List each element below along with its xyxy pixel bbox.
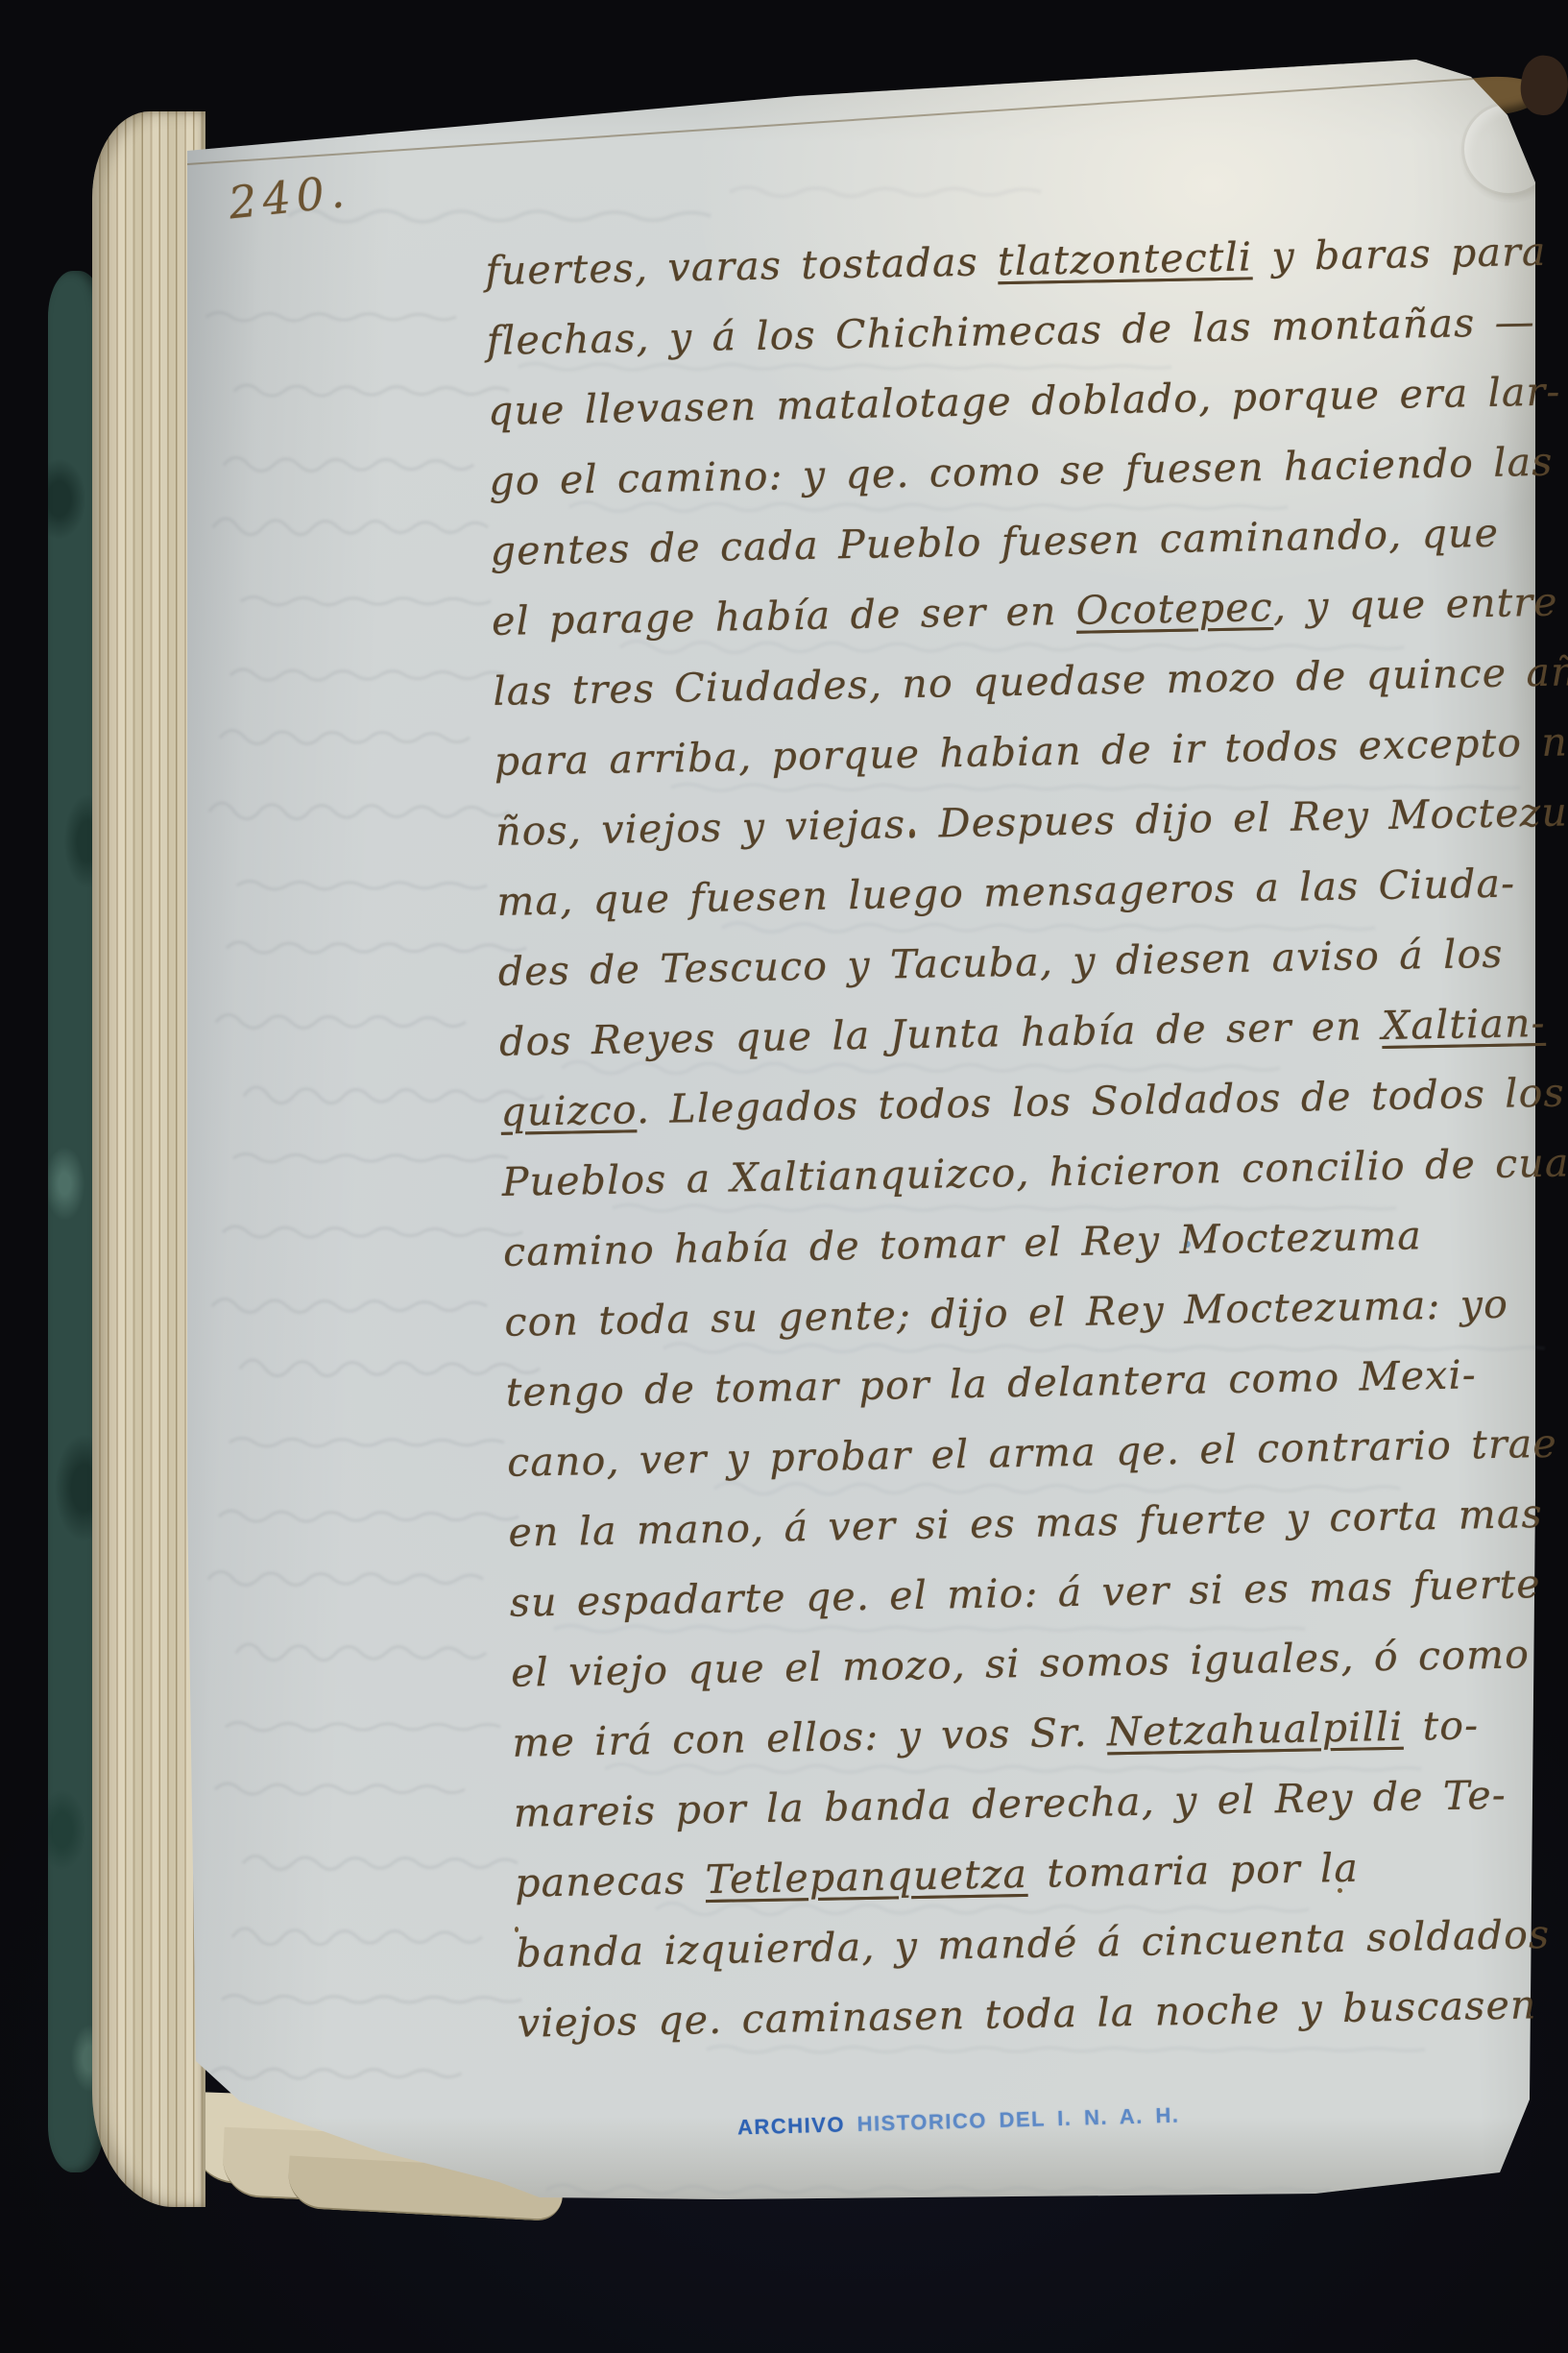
bleedthrough-stroke bbox=[222, 1996, 521, 2003]
underlined-word: Tetlepanquetza bbox=[705, 1851, 1027, 1903]
bleedthrough-stroke bbox=[730, 187, 1041, 196]
bleedthrough-stroke bbox=[209, 803, 509, 819]
manuscript-photo: 240. fuertes, varas tostadas tlatzontect… bbox=[0, 0, 1568, 2353]
underlined-word: tlatzontectli bbox=[998, 233, 1253, 284]
bleedthrough-stroke bbox=[211, 2068, 461, 2078]
bleedthrough-stroke bbox=[206, 313, 456, 321]
manuscript-segment: , y que entre bbox=[1272, 579, 1558, 630]
underlined-word: Xaltian- bbox=[1382, 1000, 1546, 1049]
bleedthrough-stroke bbox=[234, 385, 509, 396]
bleedthrough-stroke bbox=[216, 1015, 466, 1029]
inah-stamp-prefix: ARCHIVO bbox=[737, 2112, 846, 2139]
bleedthrough-stroke bbox=[227, 942, 526, 953]
manuscript-segment: panecas bbox=[515, 1856, 706, 1906]
bleedthrough-stroke bbox=[219, 1511, 519, 1521]
bleedthrough-stroke bbox=[220, 731, 470, 744]
manuscript-segment: fuertes, varas tostadas bbox=[485, 238, 998, 294]
bleedthrough-stroke bbox=[232, 1928, 482, 1945]
manuscript-text: fuertes, varas tostadas tlatzontectli y … bbox=[485, 227, 1568, 2070]
bleedthrough-stroke bbox=[244, 1087, 543, 1104]
bleedthrough-stroke bbox=[213, 519, 488, 535]
underlined-word: Ocotepec bbox=[1075, 584, 1273, 634]
underlined-word: quizco bbox=[500, 1086, 637, 1135]
manuscript-segment: tomaria por la bbox=[1027, 1845, 1360, 1897]
bleedthrough-stroke bbox=[229, 1439, 504, 1446]
bleedthrough-stroke bbox=[230, 669, 505, 680]
bleedthrough-stroke bbox=[546, 2185, 1330, 2194]
bleedthrough-stroke bbox=[241, 597, 491, 605]
bleedthrough-stroke bbox=[243, 1856, 518, 1870]
bleedthrough-stroke bbox=[226, 1723, 500, 1731]
bleedthrough-stroke bbox=[233, 1154, 508, 1162]
bleedthrough-stroke bbox=[215, 1783, 465, 1794]
bleedthrough-stroke bbox=[223, 1226, 522, 1237]
bleedthrough-stroke bbox=[224, 458, 473, 472]
manuscript-segment: me irá con ellos: y vos Sr. bbox=[512, 1709, 1107, 1765]
bleedthrough-stroke bbox=[208, 1572, 483, 1586]
manuscript-segment: to- bbox=[1403, 1702, 1480, 1749]
bleedthrough-stroke bbox=[236, 1644, 486, 1661]
manuscript-segment: y baras para bbox=[1252, 229, 1547, 280]
bleedthrough-stroke bbox=[212, 1299, 487, 1313]
bleedthrough-stroke bbox=[240, 1360, 540, 1376]
underlined-word: Netzahualpilli bbox=[1106, 1704, 1403, 1756]
bleedthrough-stroke bbox=[237, 882, 487, 889]
manuscript-segment: el parage había de ser en bbox=[492, 588, 1077, 644]
